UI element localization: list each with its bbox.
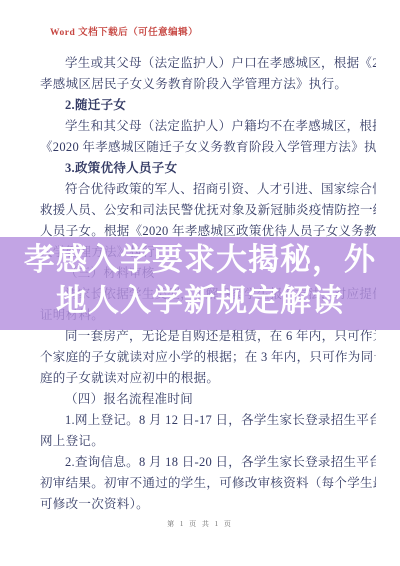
document-text-line: 网上登记。	[40, 431, 376, 452]
document-text-line: 庭的子女就读对应初中的根据。	[40, 368, 376, 389]
document-text-line: 学生和其父母（法定监护人）户籍均不在孝感城区，根据	[40, 116, 376, 137]
document-text-line: 2.随迁子女	[40, 95, 376, 116]
document-text-line: 学生或其父母（法定监护人）户口在孝感城区，根据《2020 年	[40, 53, 376, 74]
overlay-title-line1: 孝感入学要求大揭秘，外	[24, 242, 376, 278]
title-overlay-band: 孝感入学要求大揭秘，外 地人入学新规定解读	[0, 237, 400, 330]
document-text-line: 孝感城区居民子女义务教育阶段入学管理方法》执行。	[40, 74, 376, 95]
overlay-title-line2: 地人入学新规定解读	[56, 283, 344, 319]
document-page: Word 文档下载后（可任意编辑） 学生或其父母（法定监护人）户口在孝感城区，根…	[0, 0, 400, 566]
page-number-footer: 第 1 页 共 1 页	[0, 519, 400, 529]
document-text-line: 救援人员、公安和司法民警优抚对象及新冠肺炎疫情防控一线医务	[40, 200, 376, 221]
overlay-title: 孝感入学要求大揭秘，外 地人入学新规定解读	[0, 240, 400, 322]
document-text-line: （四）报名流程准时间	[40, 389, 376, 410]
document-text-line: 初审结果。初审不通过的学生，可修改审核资料（每个学生最多只	[40, 473, 376, 494]
document-text-line: 3.政策优待人员子女	[40, 158, 376, 179]
document-text-line: 个家庭的子女就读对应小学的根据；在 3 年内，只可作为同一个家	[40, 347, 376, 368]
download-watermark-text: Word 文档下载后（可任意编辑）	[50, 24, 198, 38]
document-text-line: 《2020 年孝感城区随迁子女义务教育阶段入学管理方法》执行。	[40, 137, 376, 158]
document-text-line: 可修改一次资料）。	[40, 494, 376, 515]
document-text-line: 1.网上登记。8 月 12 日-17 日，各学生家长登录招生平台，进行	[40, 410, 376, 431]
document-text-line: 符合优待政策的军人、招商引资、人才引进、国家综合性消防	[40, 179, 376, 200]
document-text-line: 2.查询信息。8 月 18 日-20 日，各学生家长登录招生平台，查询	[40, 452, 376, 473]
